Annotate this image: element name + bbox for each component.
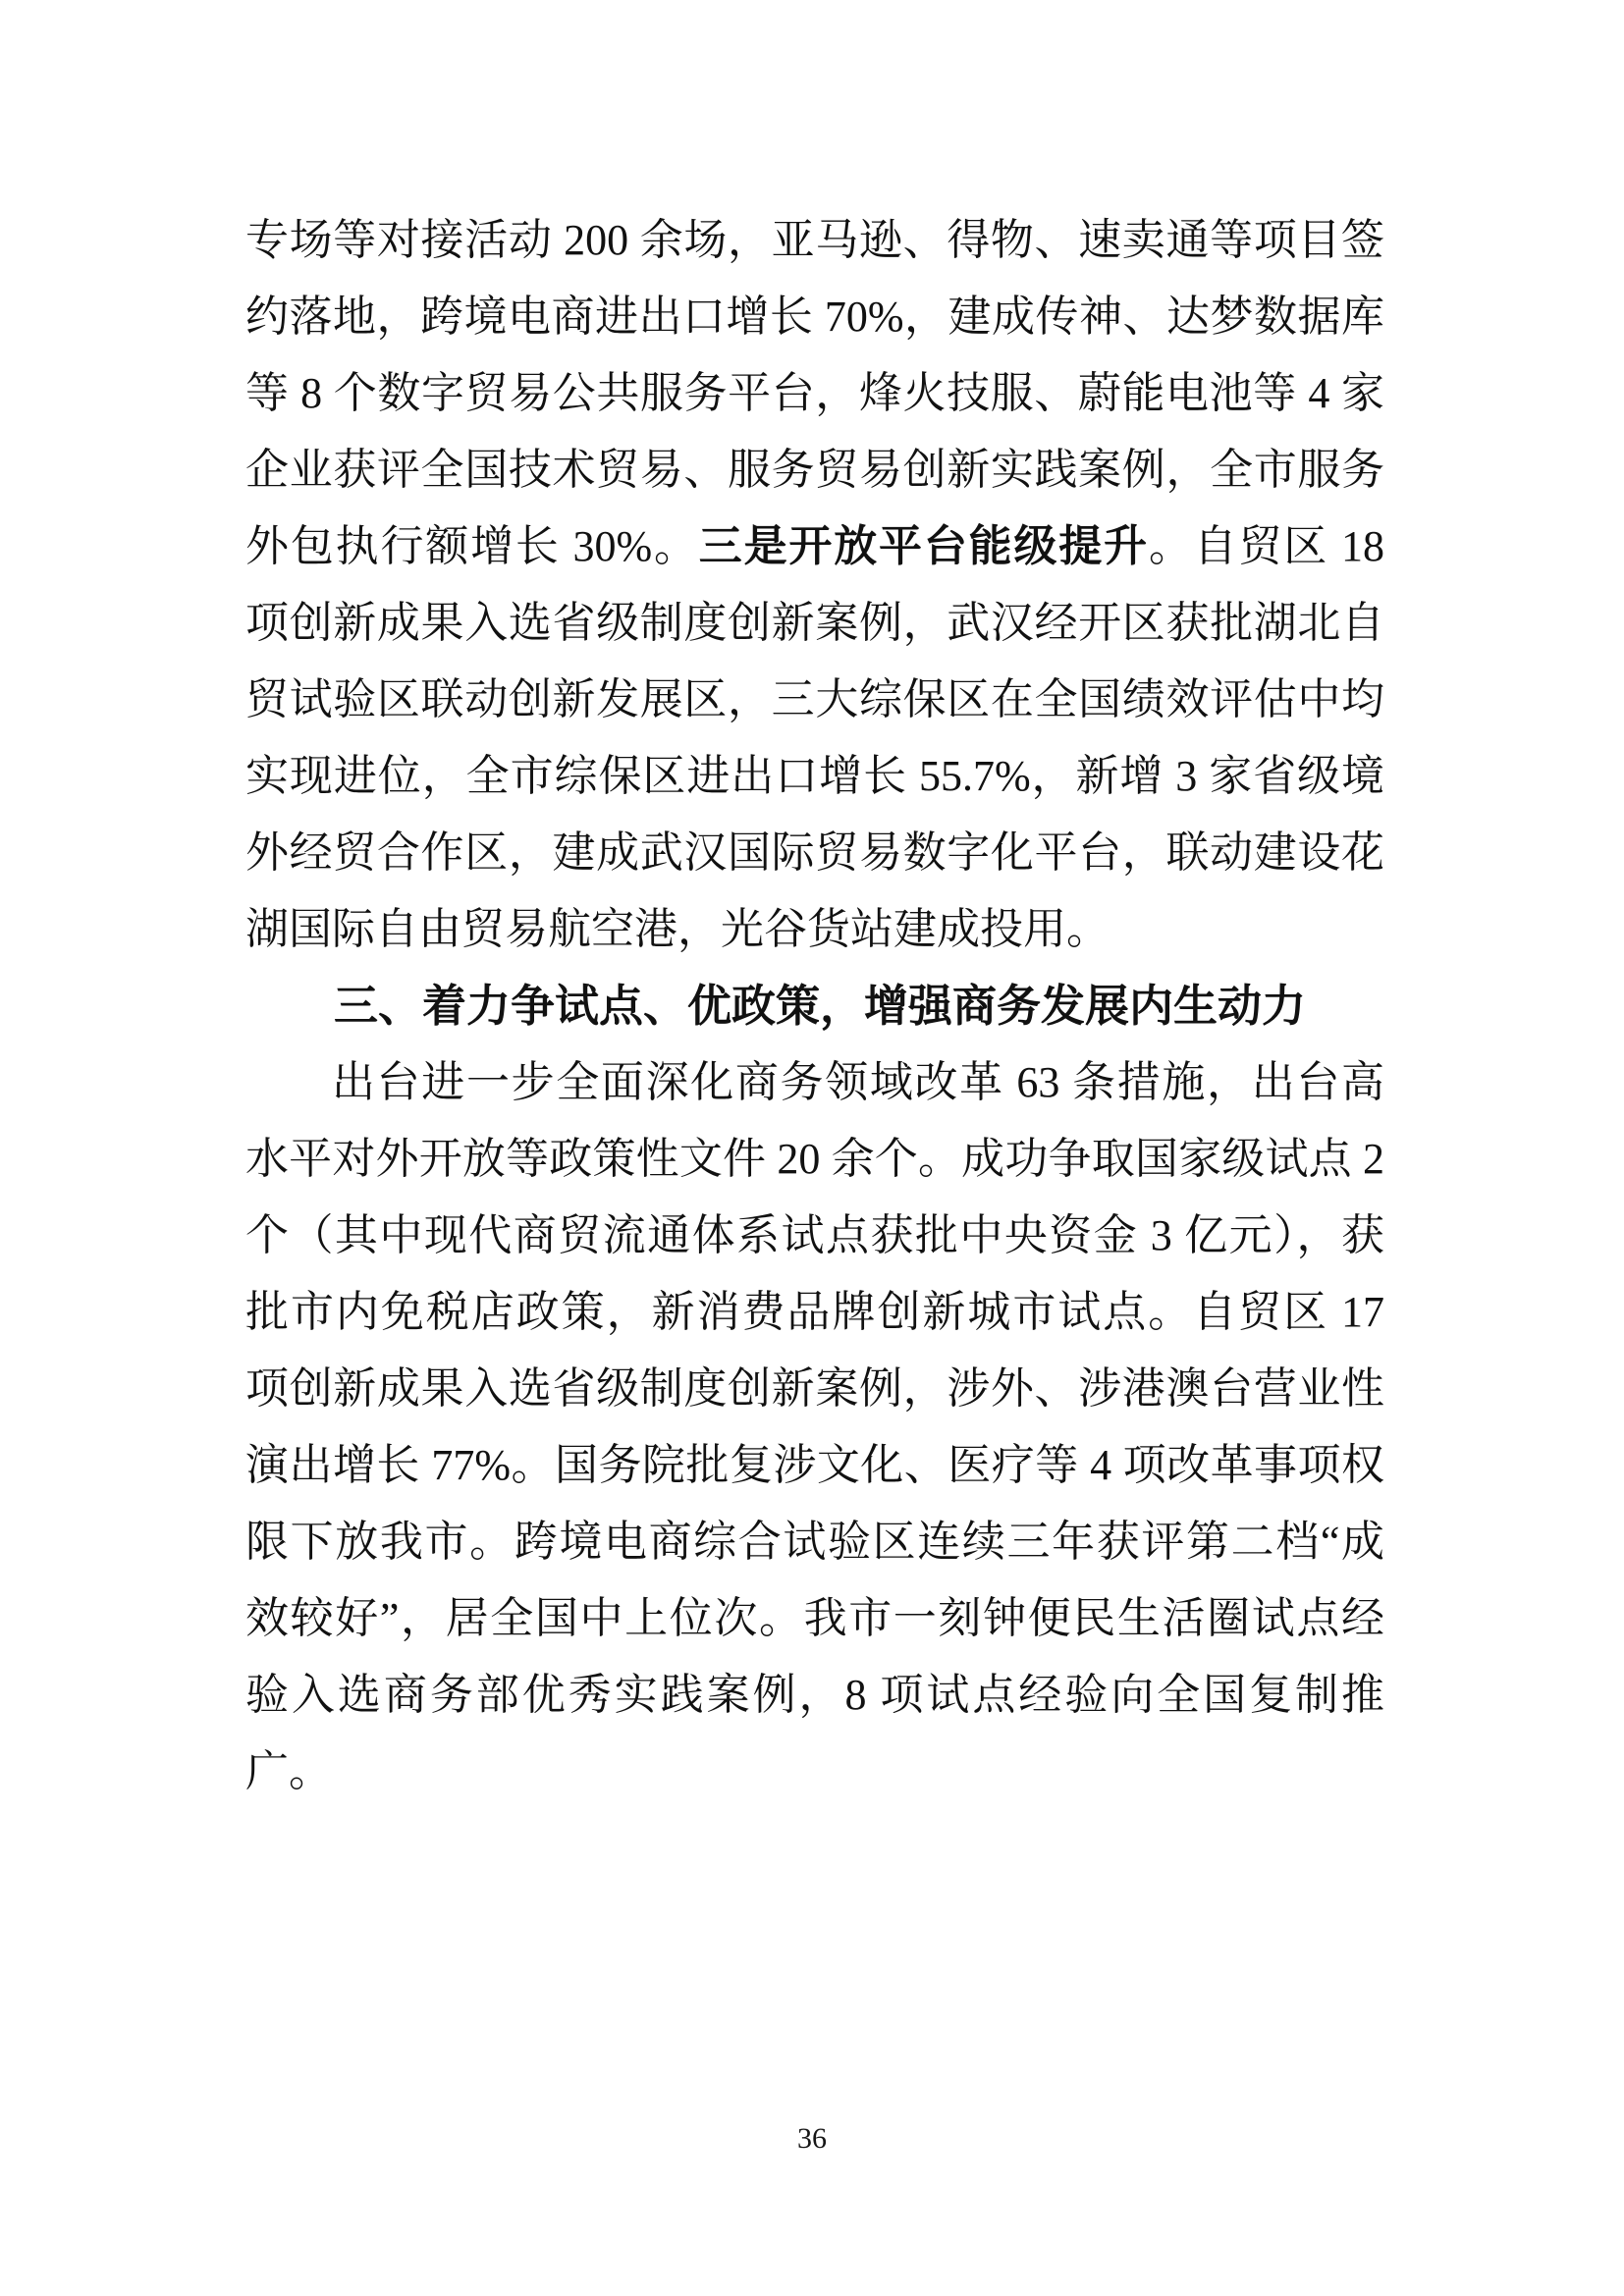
text-segment: 出台进一步全面深化商务领域改革 63 条措施，出台高水平对外开放等政策性文件 2…	[245, 1058, 1384, 1795]
document-page: 专场等对接活动 200 余场，亚马逊、得物、速卖通等项目签约落地，跨境电商进出口…	[0, 0, 1624, 2296]
paragraph: 出台进一步全面深化商务领域改革 63 条措施，出台高水平对外开放等政策性文件 2…	[245, 1044, 1384, 1810]
bold-text-segment: 三是开放平台能级提升	[699, 522, 1149, 570]
page-footer: 36	[0, 2122, 1624, 2156]
document-body: 专场等对接活动 200 余场，亚马逊、得物、速卖通等项目签约落地，跨境电商进出口…	[245, 202, 1384, 1810]
section-heading: 三、着力争试点、优政策，增强商务发展内生动力	[245, 968, 1384, 1044]
paragraph: 专场等对接活动 200 余场，亚马逊、得物、速卖通等项目签约落地，跨境电商进出口…	[245, 202, 1384, 968]
text-segment: 专场等对接活动 200 余场，亚马逊、得物、速卖通等项目签约落地，跨境电商进出口…	[245, 216, 1384, 570]
bold-text-segment: 三、着力争试点、优政策，增强商务发展内生动力	[334, 981, 1306, 1031]
page-number: 36	[797, 2122, 827, 2155]
text-segment: 。自贸区 18 项创新成果入选省级制度创新案例，武汉经开区获批湖北自贸试验区联动…	[245, 522, 1384, 953]
